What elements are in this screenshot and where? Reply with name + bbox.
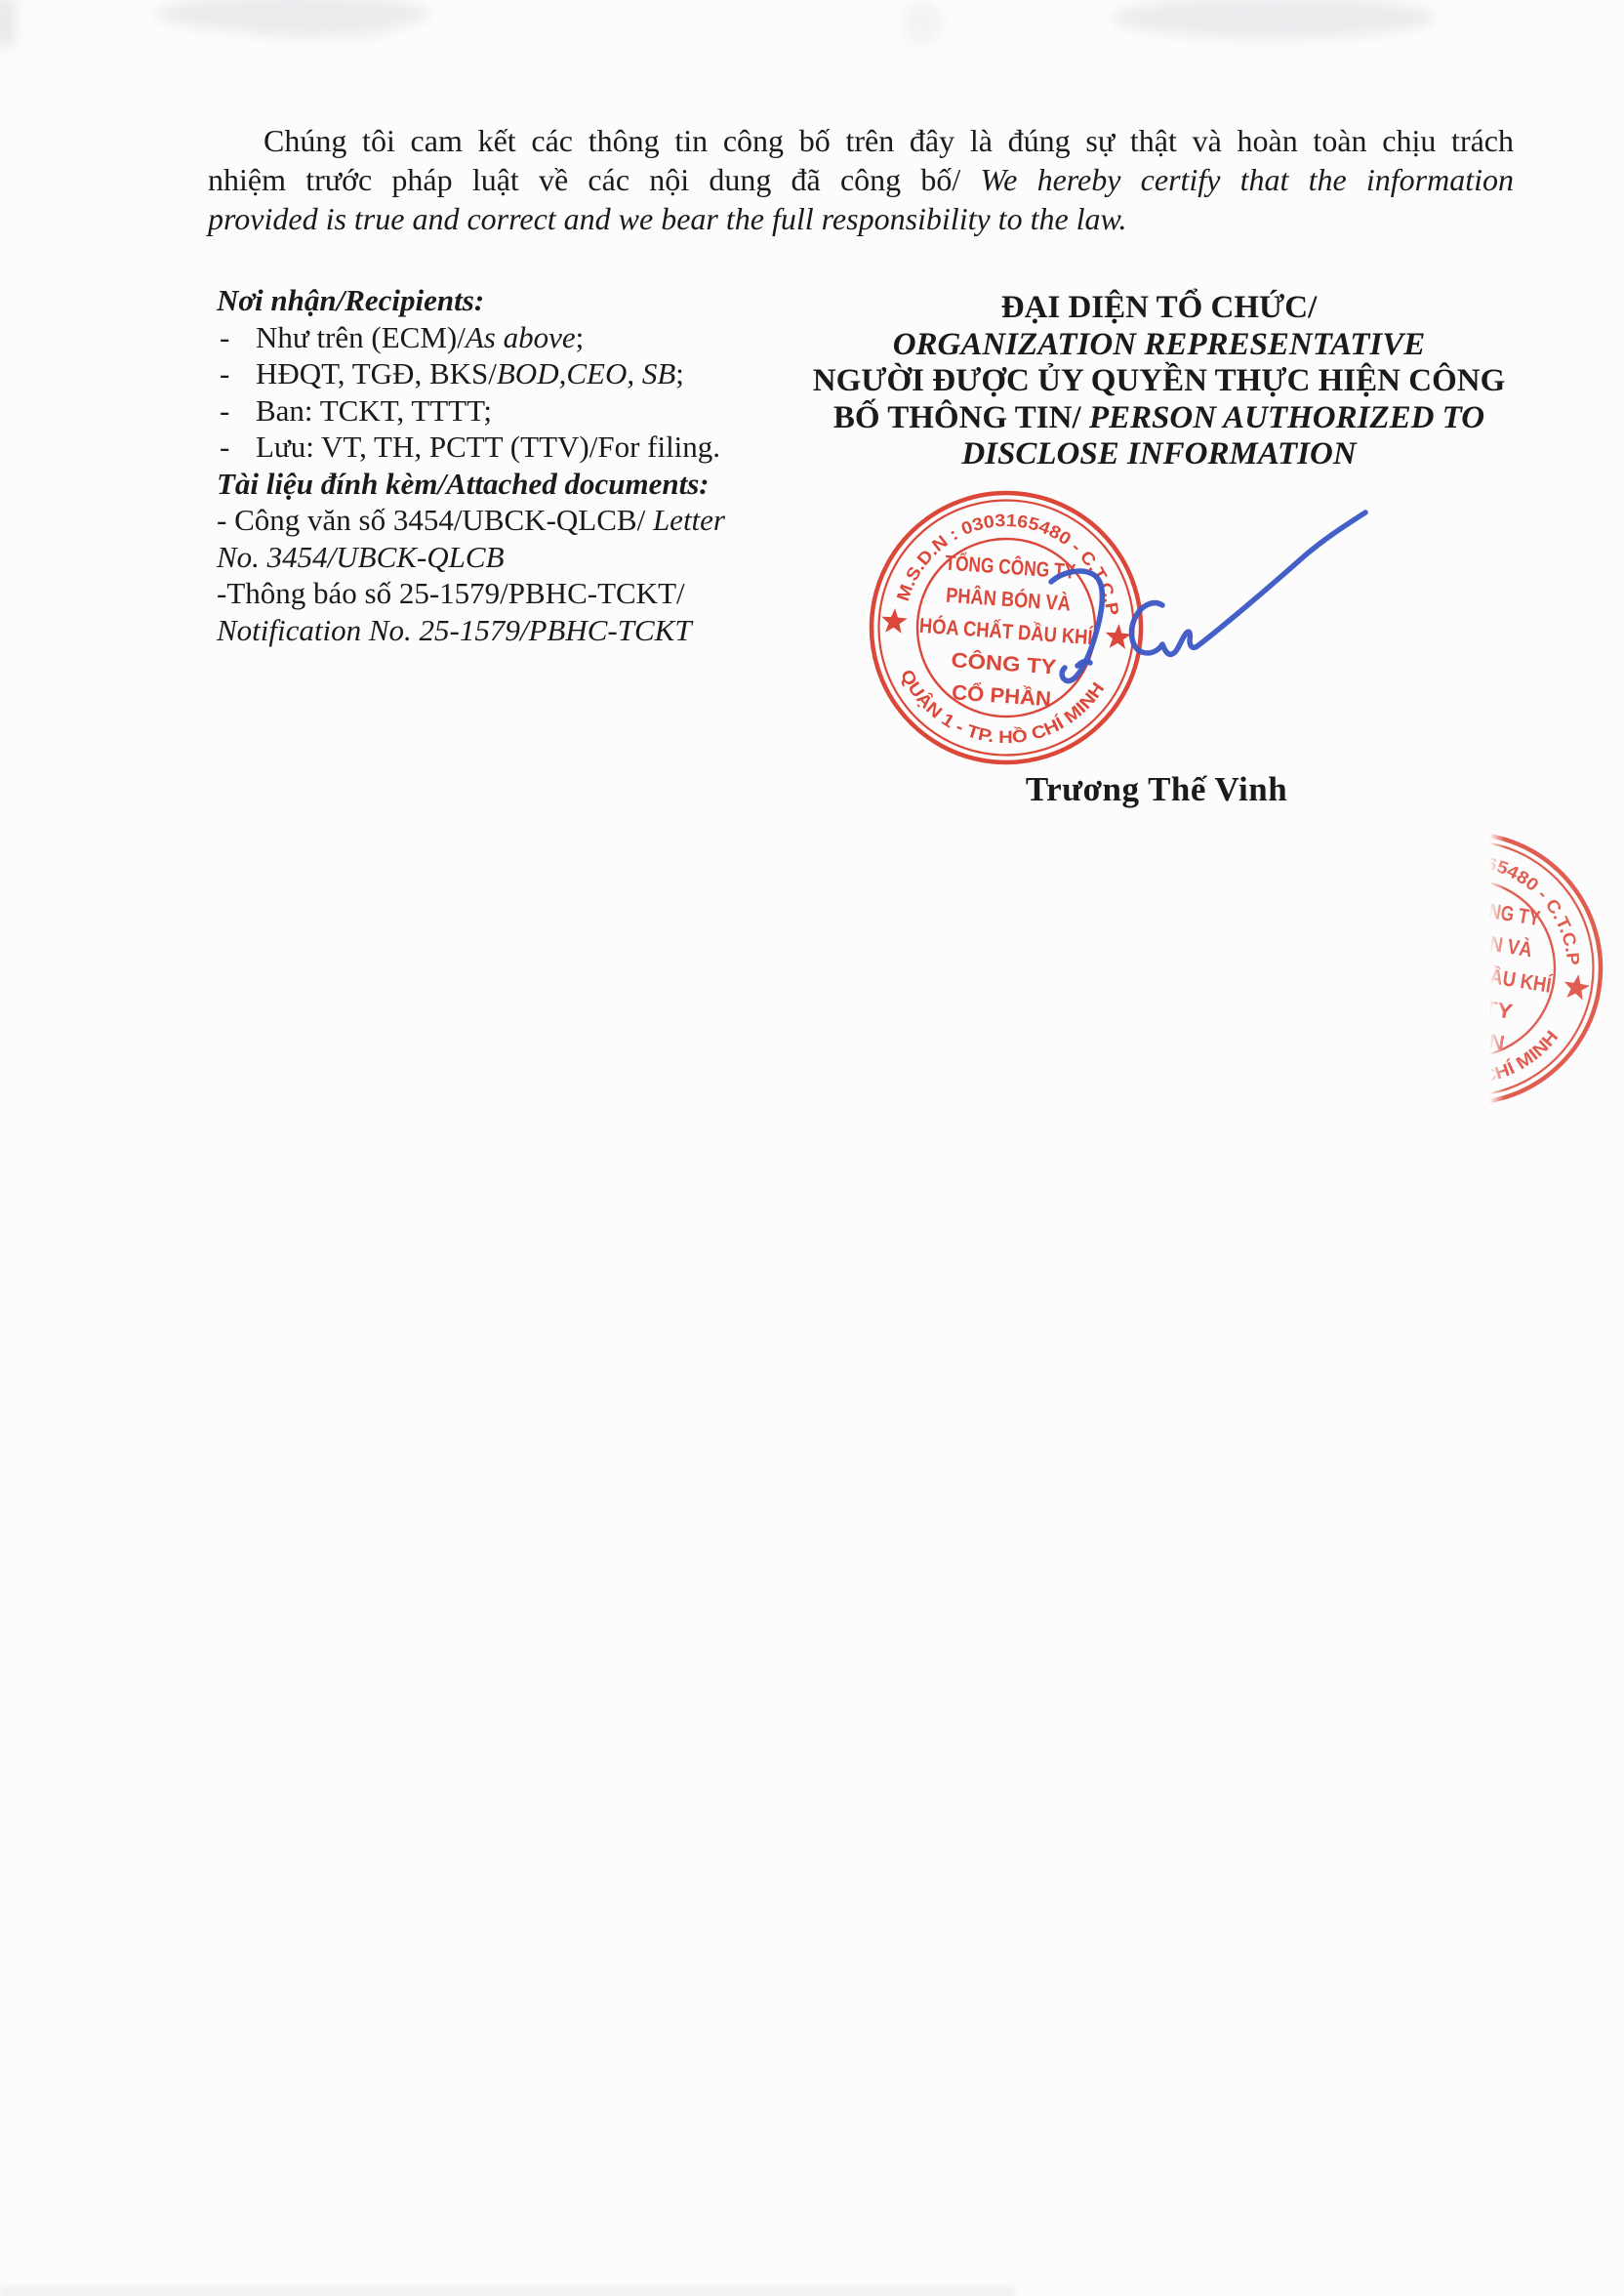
attachment-line: - Công văn số 3454/UBCK-QLCB/ Letter bbox=[217, 502, 822, 539]
recipient-item: - Lưu: VT, TH, PCTT (TTV)/For filing. bbox=[217, 429, 822, 466]
dash-bullet: - bbox=[217, 392, 256, 430]
signer-name: Trương Thế Vinh bbox=[1005, 770, 1308, 809]
company-seal-stamp-partial: M.S.D.N : 0303165480 - C.T.C.PQUẬN 1 - T… bbox=[1489, 822, 1612, 1115]
commitment-line: nhiệm trước pháp luật về các nội dung đã… bbox=[208, 160, 1514, 199]
commitment-paragraph: Chúng tôi cam kết các thông tin công bố … bbox=[208, 121, 1514, 238]
scan-artifact bbox=[0, 2286, 1015, 2296]
signature-ink bbox=[1015, 483, 1386, 708]
commitment-line: Chúng tôi cam kết các thông tin công bố … bbox=[208, 121, 1514, 160]
representative-heading-line: ĐẠI DIỆN TỔ CHỨC/ bbox=[776, 290, 1542, 327]
representative-heading: ĐẠI DIỆN TỔ CHỨC/ ORGANIZATION REPRESENT… bbox=[776, 290, 1542, 473]
recipient-item-text: HĐQT, TGĐ, BKS/BOD,CEO, SB; bbox=[256, 355, 684, 392]
recipients-title: Nơi nhận/Recipients: bbox=[217, 282, 822, 319]
representative-heading-line: DISCLOSE INFORMATION bbox=[776, 436, 1542, 473]
document-page: Chúng tôi cam kết các thông tin công bố … bbox=[0, 0, 1624, 2296]
dash-bullet: - bbox=[217, 429, 256, 466]
representative-heading-line: NGƯỜI ĐƯỢC ỦY QUYỀN THỰC HIỆN CÔNG bbox=[776, 363, 1542, 400]
scan-artifact bbox=[244, 21, 400, 39]
recipient-item-text: Ban: TCKT, TTTT; bbox=[256, 392, 492, 430]
scan-artifact bbox=[0, 0, 16, 47]
partial-edge-stamp: M.S.D.N : 0303165480 - C.T.C.PQUẬN 1 - T… bbox=[1489, 822, 1624, 1117]
dash-bullet: - bbox=[217, 319, 256, 356]
scan-artifact bbox=[1113, 0, 1435, 39]
dash-bullet: - bbox=[217, 355, 256, 392]
star-icon bbox=[880, 607, 908, 634]
attachments-title: Tài liệu đính kèm/Attached documents: bbox=[217, 466, 822, 503]
star-icon bbox=[1562, 972, 1591, 1001]
commitment-line: provided is true and correct and we bear… bbox=[208, 199, 1514, 238]
representative-heading-line: ORGANIZATION REPRESENTATIVE bbox=[776, 327, 1542, 364]
attachment-line: No. 3454/UBCK-QLCB bbox=[217, 539, 822, 576]
recipient-item: - HĐQT, TGĐ, BKS/BOD,CEO, SB; bbox=[217, 355, 822, 392]
recipient-item: - Ban: TCKT, TTTT; bbox=[217, 392, 822, 430]
scan-artifact bbox=[156, 0, 429, 33]
attachment-line: -Thông báo số 25-1579/PBHC-TCKT/ bbox=[217, 575, 822, 612]
recipients-block: Nơi nhận/Recipients: - Như trên (ECM)/As… bbox=[217, 282, 822, 648]
recipient-item-text: Như trên (ECM)/As above; bbox=[256, 319, 584, 356]
recipient-item: - Như trên (ECM)/As above; bbox=[217, 319, 822, 356]
scan-artifact bbox=[903, 0, 942, 45]
representative-heading-line: BỐ THÔNG TIN/ PERSON AUTHORIZED TO bbox=[776, 400, 1542, 437]
attachment-line: Notification No. 25-1579/PBHC-TCKT bbox=[217, 612, 822, 649]
recipient-item-text: Lưu: VT, TH, PCTT (TTV)/For filing. bbox=[256, 429, 720, 466]
